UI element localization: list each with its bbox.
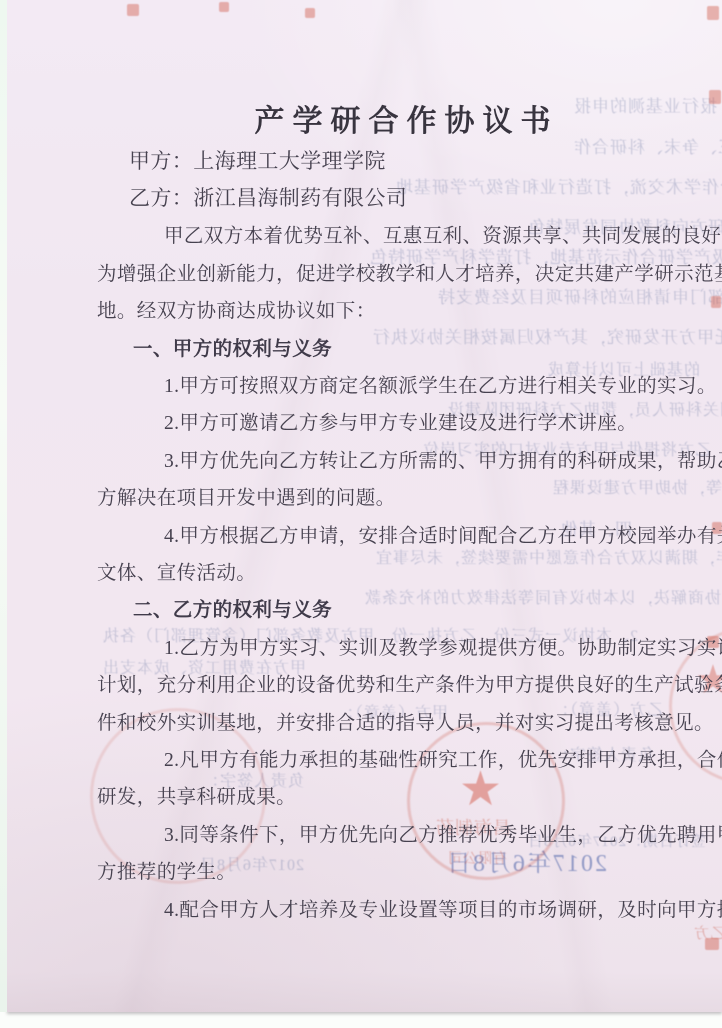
seal-fragment-mark (705, 938, 719, 950)
section-heading: 二、乙方的权利与义务 (7, 590, 722, 627)
document-line: 计划，充分利用企业的设备优势和生产条件为甲方提供良好的生产试验条 (7, 664, 722, 701)
document-line: 4.配合甲方人才培养及专业设置等项目的市场调研，及时向甲方提 (7, 889, 722, 926)
document-line: 3.同等条件下，甲方优先向乙方推荐优秀毕业生，乙方优先聘用甲 (7, 814, 722, 851)
section-heading: 一、甲方的权利与义务 (7, 328, 722, 365)
document-line: 件和校外实训基地，并安排合适的指导人员，并对实习提出考核意见。 (7, 702, 722, 739)
document-line: 地。经双方协商达成协议如下： (7, 291, 722, 328)
document-line: 甲方：上海理工大学理学院 (7, 141, 722, 178)
document-line: 研发，共享科研成果。 (7, 777, 722, 814)
document-line: 3.甲方优先向乙方转让乙方所需的、甲方拥有的科研成果，帮助乙 (7, 440, 722, 477)
scanned-document-page: 报行业基测的申报三、争末、科研合作1、甲乙双方科研合作学术交流，打造行业和省级产… (0, 0, 722, 1028)
document-line: 1.乙方为甲方实习、实训及教学参观提供方便。协助制定实习实训 (7, 627, 722, 664)
document-line: 方推荐的学生。 (7, 851, 722, 888)
document-line: 2.凡甲方有能力承担的基础性研究工作，优先安排甲方承担，合作 (7, 739, 722, 776)
document-line: 乙方：浙江昌海制药有限公司 (7, 178, 722, 215)
seal-fragment-mark (305, 8, 315, 18)
seal-fragment-mark (219, 2, 229, 12)
document-line: 1.甲方可按照双方商定名额派学生在乙方进行相关专业的实习。 (7, 365, 722, 402)
scanner-edge-strip (0, 0, 7, 1012)
document-line: 4.甲方根据乙方申请，安排合适时间配合乙方在甲方校园举办有关 (7, 515, 722, 552)
document-title: 产学研合作协议书 (7, 96, 722, 140)
seal-fragment-mark (707, 6, 719, 20)
document-line: 方解决在项目开发中遇到的问题。 (7, 478, 722, 515)
document-line: 为增强企业创新能力，促进学校教学和人才培养，决定共建产学研示范基 (7, 253, 722, 290)
seal-fragment-mark (127, 4, 139, 16)
document-line: 文体、宣传活动。 (7, 552, 722, 589)
paper-sheet: 报行业基测的申报三、争末、科研合作1、甲乙双方科研合作学术交流，打造行业和省级产… (7, 0, 722, 1012)
document-line: 2.甲方可邀请乙方参与甲方专业建设及进行学术讲座。 (7, 403, 722, 440)
document-line: 甲乙双方本着优势互补、互惠互利、资源共享、共同发展的良好愿望， (7, 216, 722, 253)
document-body: 甲方：上海理工大学理学院乙方：浙江昌海制药有限公司甲乙双方本着优势互补、互惠互利… (7, 141, 722, 926)
